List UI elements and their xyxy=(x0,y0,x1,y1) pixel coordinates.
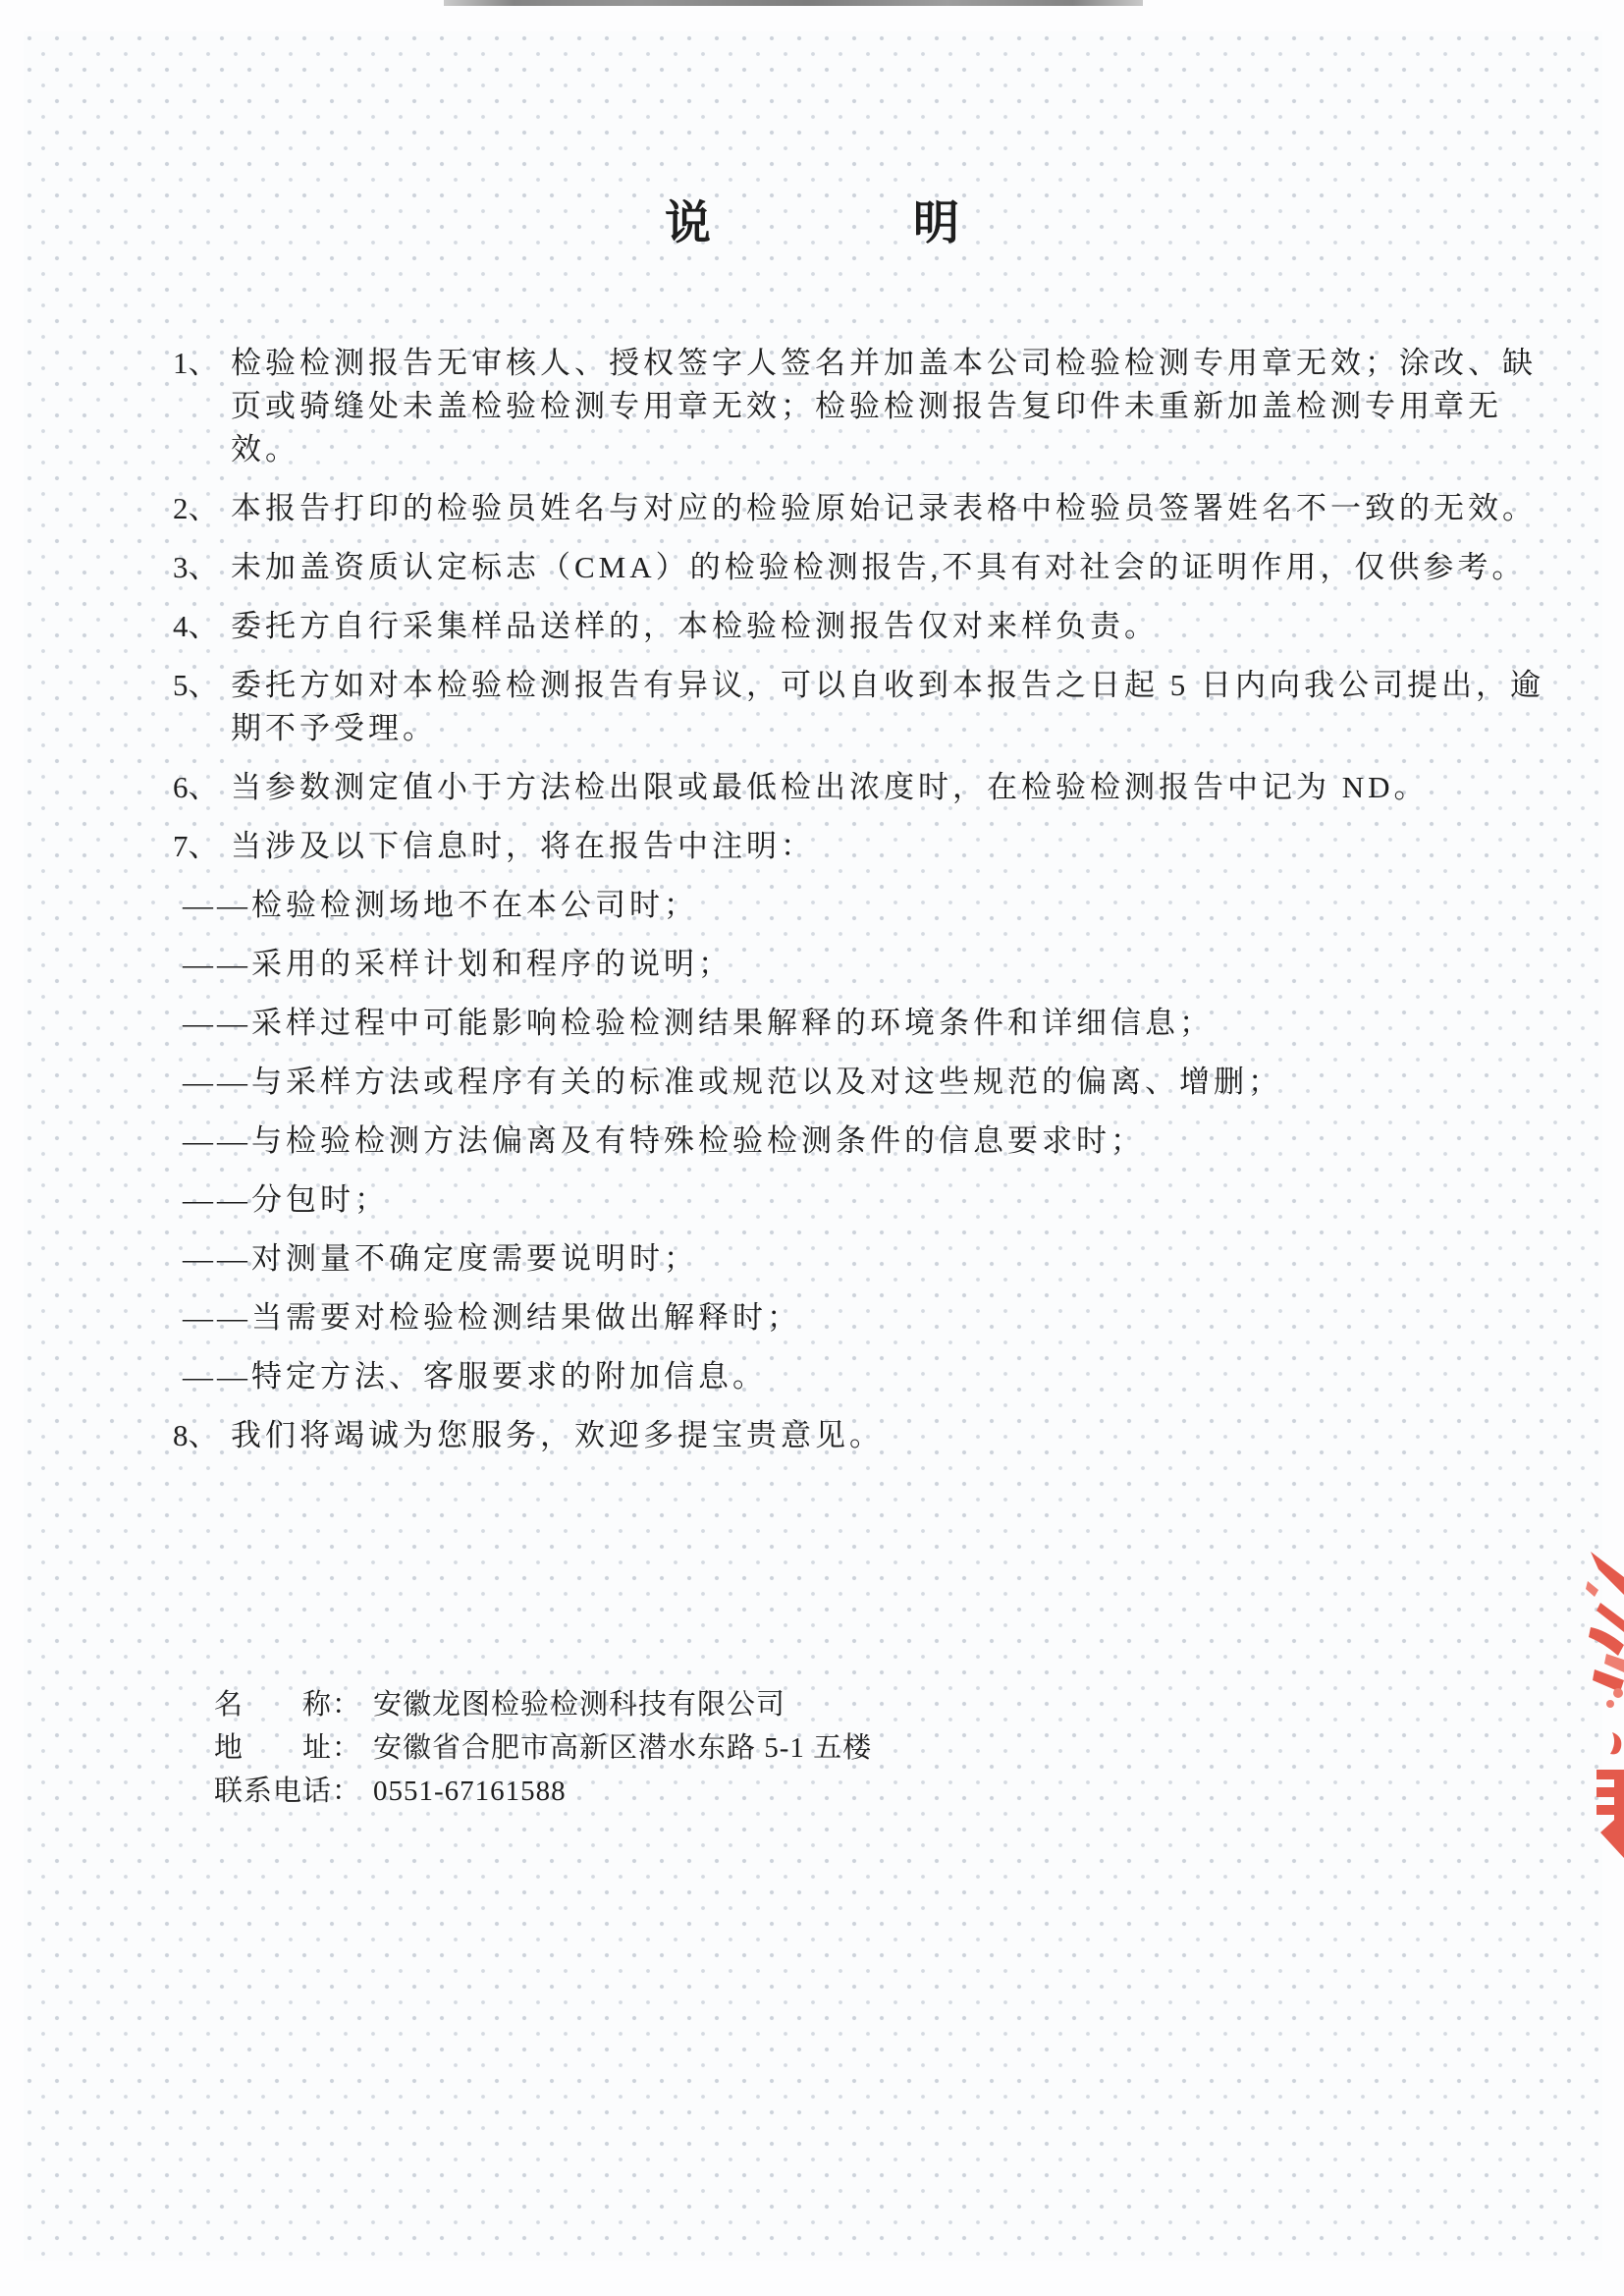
footer-contact-block: 名 称：安徽龙图检验检测科技有限公司地 址：安徽省合肥市高新区潜水东路 5-1 … xyxy=(214,1683,872,1813)
note-number: 6、 xyxy=(173,766,231,809)
note-number: 2、 xyxy=(173,487,231,530)
footer-label: 名 称： xyxy=(214,1683,361,1726)
dash-sub-item: ——检验检测场地不在本公司时； xyxy=(183,884,1551,927)
footer-row: 联系电话：0551-67161588 xyxy=(214,1770,872,1813)
dash-sub-item: ——特定方法、客服要求的附加信息。 xyxy=(183,1355,1551,1398)
note-item: 7、当涉及以下信息时，将在报告中注明： xyxy=(173,825,1551,868)
note-text: 我们将竭诚为您服务，欢迎多提宝贵意见。 xyxy=(231,1414,1551,1457)
note-text: 当涉及以下信息时，将在报告中注明： xyxy=(231,825,1551,868)
footer-label: 联系电话： xyxy=(214,1770,361,1813)
note-item: 1、检验检测报告无审核人、授权签字人签名并加盖本公司检验检测专用章无效；涂改、缺… xyxy=(173,342,1551,471)
note-item: 8、我们将竭诚为您服务，欢迎多提宝贵意见。 xyxy=(173,1414,1551,1457)
note-item: 3、未加盖资质认定标志（CMA）的检验检测报告,不具有对社会的证明作用，仅供参考… xyxy=(173,546,1551,589)
note-number: 4、 xyxy=(173,605,231,648)
notes-list: 1、检验检测报告无审核人、授权签字人签名并加盖本公司检验检测专用章无效；涂改、缺… xyxy=(173,342,1551,1473)
dash-sub-item: ——采用的采样计划和程序的说明； xyxy=(183,943,1551,986)
title-row: 说明 xyxy=(0,198,1624,249)
footer-label: 地 址： xyxy=(214,1726,361,1770)
page-title: 说明 xyxy=(665,198,1162,249)
scan-artifact-bar xyxy=(444,0,1143,6)
note-item: 2、本报告打印的检验员姓名与对应的检验原始记录表格中检验员签署姓名不一致的无效。 xyxy=(173,487,1551,530)
footer-row: 地 址：安徽省合肥市高新区潜水东路 5-1 五楼 xyxy=(214,1726,872,1770)
dash-sub-item: ——与采样方法或程序有关的标准或规范以及对这些规范的偏离、增删； xyxy=(183,1061,1551,1104)
note-number: 3、 xyxy=(173,546,231,589)
note-item: 6、当参数测定值小于方法检出限或最低检出浓度时，在检验检测报告中记为 ND。 xyxy=(173,766,1551,809)
note-text: 检验检测报告无审核人、授权签字人签名并加盖本公司检验检测专用章无效；涂改、缺 页… xyxy=(231,342,1551,471)
document-page: 说明 1、检验检测报告无审核人、授权签字人签名并加盖本公司检验检测专用章无效；涂… xyxy=(0,0,1624,2296)
footer-row: 名 称：安徽龙图检验检测科技有限公司 xyxy=(214,1683,872,1726)
footer-value: 安徽省合肥市高新区潜水东路 5-1 五楼 xyxy=(373,1726,872,1770)
dash-sub-item: ——分包时； xyxy=(183,1178,1551,1222)
note-item: 4、委托方自行采集样品送样的，本检验检测报告仅对来样负责。 xyxy=(173,605,1551,648)
note-text: 未加盖资质认定标志（CMA）的检验检测报告,不具有对社会的证明作用，仅供参考。 xyxy=(231,546,1551,589)
note-text: 委托方如对本检验检测报告有异议，可以自收到本报告之日起 5 日内向我公司提出，逾… xyxy=(231,664,1551,750)
note-number: 8、 xyxy=(173,1414,231,1457)
dash-sub-item: ——对测量不确定度需要说明时； xyxy=(183,1237,1551,1281)
dash-sub-item: ——当需要对检验检测结果做出解释时； xyxy=(183,1296,1551,1339)
note-number: 5、 xyxy=(173,664,231,750)
footer-value: 0551-67161588 xyxy=(373,1770,567,1813)
note-text: 本报告打印的检验员姓名与对应的检验原始记录表格中检验员签署姓名不一致的无效。 xyxy=(231,487,1551,530)
note-text: 当参数测定值小于方法检出限或最低检出浓度时，在检验检测报告中记为 ND。 xyxy=(231,766,1551,809)
footer-value: 安徽龙图检验检测科技有限公司 xyxy=(373,1683,785,1726)
note-number: 1、 xyxy=(173,342,231,471)
note-text: 委托方自行采集样品送样的，本检验检测报告仅对来样负责。 xyxy=(231,605,1551,648)
dash-sub-item: ——采样过程中可能影响检验检测结果解释的环境条件和详细信息； xyxy=(183,1002,1551,1045)
note-number: 7、 xyxy=(173,825,231,868)
note-item: 5、委托方如对本检验检测报告有异议，可以自收到本报告之日起 5 日内向我公司提出… xyxy=(173,664,1551,750)
dash-sub-item: ——与检验检测方法偏离及有特殊检验检测条件的信息要求时； xyxy=(183,1120,1551,1163)
